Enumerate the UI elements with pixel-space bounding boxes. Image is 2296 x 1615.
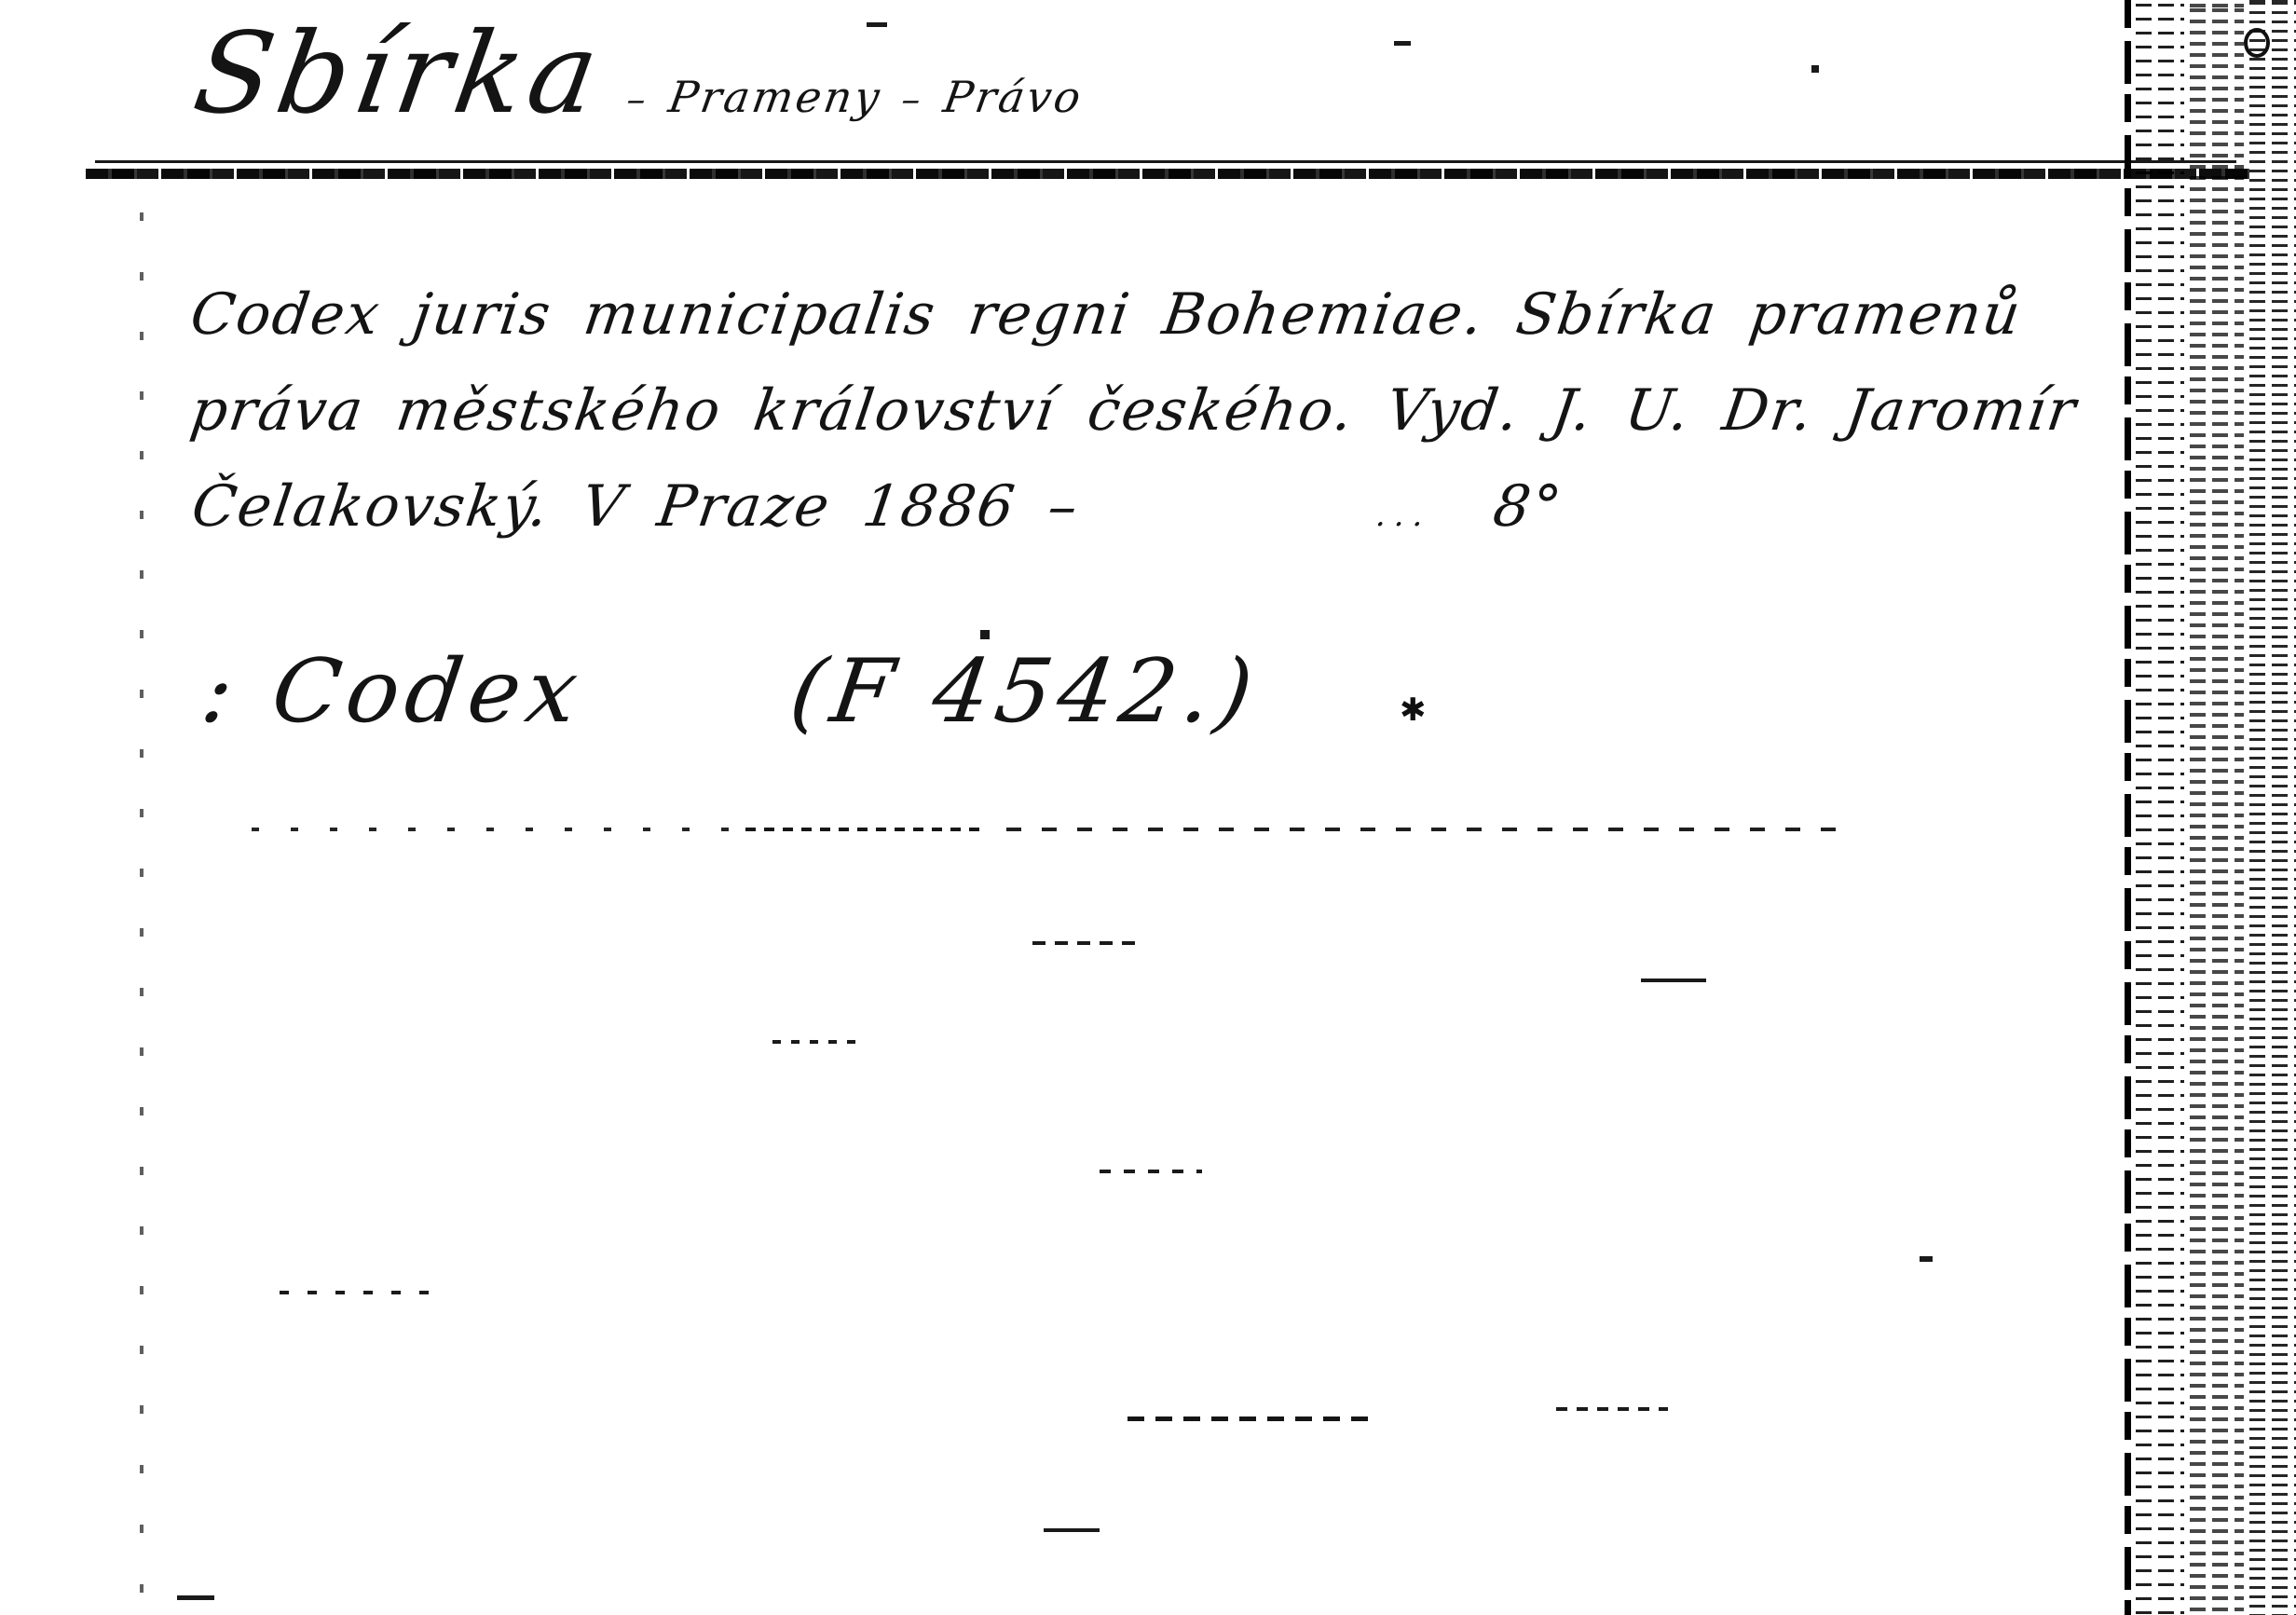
scan-speck	[1556, 1407, 1668, 1411]
scan-speck	[1641, 979, 1706, 982]
heading-dash: –	[898, 78, 926, 121]
noise-vertical-line	[2125, 0, 2131, 1615]
scan-speck	[177, 1595, 214, 1600]
left-margin-dotted-line	[140, 212, 143, 1615]
heading-subject-secondary: Právo	[940, 72, 1087, 122]
reference-label: : Codex	[196, 641, 590, 743]
dotted-rule-segment	[1006, 828, 1856, 831]
heading-rule-thick-line	[86, 169, 2249, 179]
entry-line-3: Čelakovský. V Praze 1886 – ... 8°	[184, 458, 2212, 564]
scan-speck	[280, 1291, 438, 1294]
scan-speck	[867, 22, 887, 27]
noise-column	[2136, 0, 2184, 1615]
heading-title: Sbírka	[186, 13, 611, 136]
ink-ring-mark	[2244, 28, 2270, 58]
dotted-rule-segment	[252, 828, 736, 831]
scan-speck	[980, 630, 990, 639]
heading-rule-thin-line	[95, 160, 2236, 163]
format-notation: 8°	[1489, 473, 1566, 540]
entry-line-2: práva městského království českého. Vyd.…	[184, 363, 2210, 458]
dotted-rule-segment	[745, 828, 988, 831]
heading-rule	[86, 160, 2249, 185]
scan-noise-band	[2119, 0, 2296, 1615]
entry-line-1: Codex juris municipalis regni Bohemiae. …	[184, 267, 2210, 363]
card-heading: Sbírka – Prameny – Právo	[186, 13, 1079, 136]
reference-line: : Codex (F 4542.)	[196, 641, 1265, 743]
scan-speck	[1100, 1170, 1202, 1173]
scan-speck	[1920, 1256, 1933, 1262]
scan-speck	[1394, 41, 1411, 46]
heading-subject-primary: Prameny	[665, 72, 885, 122]
shelfmark: (F 4542.)	[785, 641, 1265, 743]
noise-column	[2190, 0, 2244, 1615]
entry-line-3-text: Čelakovský. V Praze 1886 –	[188, 473, 1084, 540]
scan-speck	[1811, 65, 1819, 73]
ink-asterisk-mark: ✱	[1400, 691, 1427, 729]
scan-speck	[1032, 941, 1144, 945]
scan-speck	[772, 1040, 856, 1044]
bibliographic-entry: Codex juris municipalis regni Bohemiae. …	[184, 267, 2197, 564]
heading-subjects: – Prameny – Právo	[623, 72, 1086, 122]
catalog-card-scan: Sbírka – Prameny – Právo Codex juris mun…	[0, 0, 2296, 1615]
entry-line-3-dots: ...	[1373, 497, 1434, 534]
scan-speck	[1127, 1417, 1370, 1421]
heading-dash: –	[623, 78, 651, 121]
scan-speck	[1044, 1528, 1100, 1532]
noise-column	[2249, 0, 2296, 1615]
